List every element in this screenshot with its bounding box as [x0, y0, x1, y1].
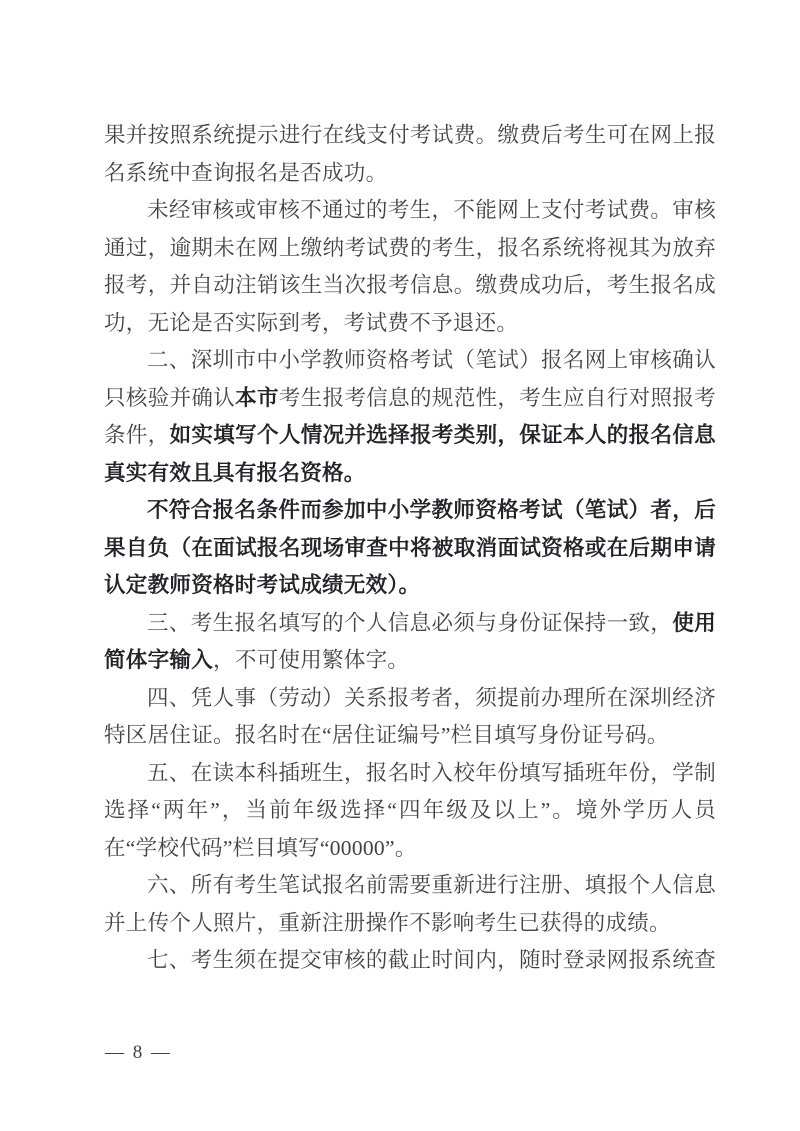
- emphasis-text: 果自负（在面试报名现场审查中将被取消面试资格或在后期申请: [104, 536, 716, 560]
- emphasis-text: 如实填写个人情况并选择报考类别，保证本人的报名信息: [170, 423, 716, 447]
- body-text: 六、所有考生笔试报名前需要重新进行注册、填报个人信息: [147, 873, 716, 897]
- text-line: 功，无论是否实际到考，考试费不予退还。: [104, 305, 716, 343]
- body-text: 果并按照系统提示进行在线支付考试费。缴费后考生可在网上报: [104, 123, 716, 147]
- page-footer: — 8 —: [105, 1039, 172, 1067]
- text-line: 二、深圳市中小学教师资格考试（笔试）报名网上审核确认: [104, 342, 716, 380]
- emphasis-text: 使用: [672, 611, 716, 635]
- body-text: 二、深圳市中小学教师资格考试（笔试）报名网上审核确认: [147, 348, 716, 372]
- text-line: 条件，如实填写个人情况并选择报考类别，保证本人的报名信息: [104, 417, 716, 455]
- text-line: 简体字输入，不可使用繁体字。: [104, 642, 716, 680]
- text-line: 不符合报名条件而参加中小学教师资格考试（笔试）者，后: [104, 492, 716, 530]
- text-line: 七、考生须在提交审核的截止时间内，随时登录网报系统查: [104, 942, 716, 980]
- body-text: 条件，: [104, 423, 170, 447]
- document-body: 果并按照系统提示进行在线支付考试费。缴费后考生可在网上报名系统中查询报名是否成功…: [104, 117, 716, 980]
- text-line: 选择“两年”，当前年级选择“四年级及以上”。境外学历人员: [104, 792, 716, 830]
- emphasis-text: 不符合报名条件而参加中小学教师资格考试（笔试）者，后: [147, 498, 716, 522]
- text-line: 果并按照系统提示进行在线支付考试费。缴费后考生可在网上报: [104, 117, 716, 155]
- body-text: 四、凭人事（劳动）关系报考者，须提前办理所在深圳经济: [147, 686, 716, 710]
- body-text: 只核验并确认: [104, 386, 235, 410]
- text-line: 真实有效且具有报名资格。: [104, 455, 716, 493]
- body-text: 选择“两年”，当前年级选择“四年级及以上”。境外学历人员: [104, 798, 716, 822]
- body-text: 未经审核或审核不通过的考生，不能网上支付考试费。审核: [147, 198, 716, 222]
- body-text: 名系统中查询报名是否成功。: [104, 161, 387, 185]
- text-line: 名系统中查询报名是否成功。: [104, 155, 716, 193]
- body-text: 功，无论是否实际到考，考试费不予退还。: [104, 311, 518, 335]
- text-line: 报考，并自动注销该生当次报考信息。缴费成功后，考生报名成: [104, 267, 716, 305]
- body-text: 考生报考信息的规范性，考生应自行对照报考: [279, 386, 716, 410]
- emphasis-text: 简体字输入: [104, 648, 213, 672]
- body-text: 七、考生须在提交审核的截止时间内，随时登录网报系统查: [147, 948, 716, 972]
- text-line: 未经审核或审核不通过的考生，不能网上支付考试费。审核: [104, 192, 716, 230]
- body-text: 五、在读本科插班生，报名时入校年份填写插班年份，学制: [147, 761, 716, 785]
- page: 果并按照系统提示进行在线支付考试费。缴费后考生可在网上报名系统中查询报名是否成功…: [0, 0, 800, 1131]
- text-line: 果自负（在面试报名现场审查中将被取消面试资格或在后期申请: [104, 530, 716, 568]
- emphasis-text: 真实有效且具有报名资格。: [104, 461, 366, 485]
- body-text: 通过，逾期未在网上缴纳考试费的考生，报名系统将视其为放弃: [104, 236, 716, 260]
- body-text: 并上传个人照片，重新注册操作不影响考生已获得的成绩。: [104, 911, 671, 935]
- emphasis-text: 认定教师资格时考试成绩无效）。: [104, 573, 420, 597]
- text-line: 五、在读本科插班生，报名时入校年份填写插班年份，学制: [104, 755, 716, 793]
- text-line: 只核验并确认本市考生报考信息的规范性，考生应自行对照报考: [104, 380, 716, 418]
- emphasis-text: 本市: [235, 386, 279, 410]
- text-line: 并上传个人照片，重新注册操作不影响考生已获得的成绩。: [104, 905, 716, 943]
- page-number: — 8 —: [105, 1042, 172, 1063]
- body-text: 特区居住证。报名时在“居住证编号”栏目填写身份证号码。: [104, 723, 669, 747]
- body-text: 三、考生报名填写的个人信息必须与身份证保持一致，: [147, 611, 672, 635]
- text-line: 特区居住证。报名时在“居住证编号”栏目填写身份证号码。: [104, 717, 716, 755]
- document-page: { "page": { "background_color": "#ffffff…: [0, 0, 800, 1131]
- text-line: 通过，逾期未在网上缴纳考试费的考生，报名系统将视其为放弃: [104, 230, 716, 268]
- text-line: 三、考生报名填写的个人信息必须与身份证保持一致，使用: [104, 605, 716, 643]
- body-text: 在“学校代码”栏目填写“00000”。: [104, 836, 417, 860]
- text-line: 在“学校代码”栏目填写“00000”。: [104, 830, 716, 868]
- text-line: 认定教师资格时考试成绩无效）。: [104, 567, 716, 605]
- text-line: 四、凭人事（劳动）关系报考者，须提前办理所在深圳经济: [104, 680, 716, 718]
- text-line: 六、所有考生笔试报名前需要重新进行注册、填报个人信息: [104, 867, 716, 905]
- body-text: ，不可使用繁体字。: [213, 648, 409, 672]
- body-text: 报考，并自动注销该生当次报考信息。缴费成功后，考生报名成: [104, 273, 716, 297]
